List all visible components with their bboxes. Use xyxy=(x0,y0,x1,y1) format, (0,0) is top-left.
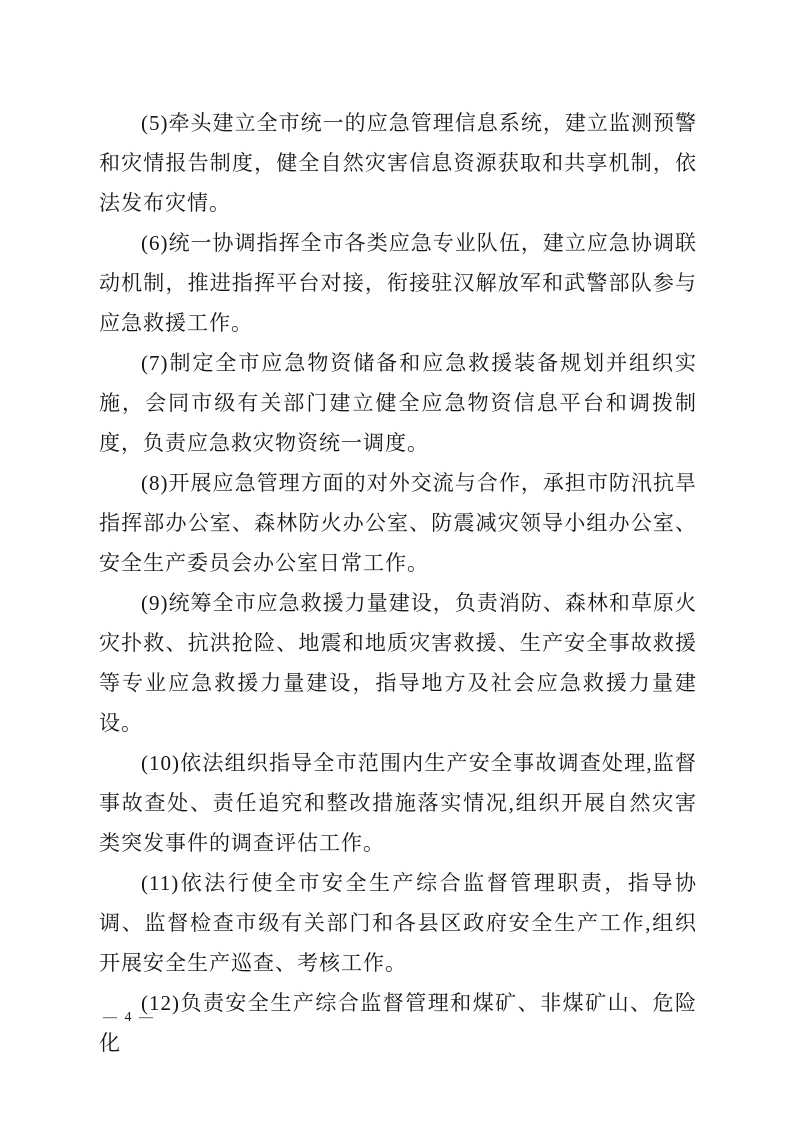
paragraph-item-10: (10)依法组织指导全市范围内生产安全事故调查处理,监督事故查处、责任追究和整改… xyxy=(99,743,697,863)
paragraph-item-12: (12)负责安全生产综合监督管理和煤矿、非煤矿山、危险化 xyxy=(99,983,697,1063)
paragraph-item-7: (7)制定全市应急物资储备和应急救援装备规划并组织实施，会同市级有关部门建立健全… xyxy=(99,343,697,463)
paragraph-item-11: (11)依法行使全市安全生产综合监督管理职责，指导协调、监督检查市级有关部门和各… xyxy=(99,863,697,983)
paragraph-item-8: (8)开展应急管理方面的对外交流与合作，承担市防汛抗旱指挥部办公室、森林防火办公… xyxy=(99,463,697,583)
paragraph-item-5: (5)牵头建立全市统一的应急管理信息系统，建立监测预警和灾情报告制度，健全自然灾… xyxy=(99,103,697,223)
paragraph-item-6: (6)统一协调指挥全市各类应急专业队伍，建立应急协调联动机制，推进指挥平台对接，… xyxy=(99,223,697,343)
document-body: (5)牵头建立全市统一的应急管理信息系统，建立监测预警和灾情报告制度，健全自然灾… xyxy=(99,103,697,1063)
document-page: (5)牵头建立全市统一的应急管理信息系统，建立监测预警和灾情报告制度，健全自然灾… xyxy=(0,0,793,1123)
paragraph-item-9: (9)统筹全市应急救援力量建设，负责消防、森林和草原火灾扑救、抗洪抢险、地震和地… xyxy=(99,583,697,743)
page-number-footer: — 4 — xyxy=(103,1010,155,1026)
